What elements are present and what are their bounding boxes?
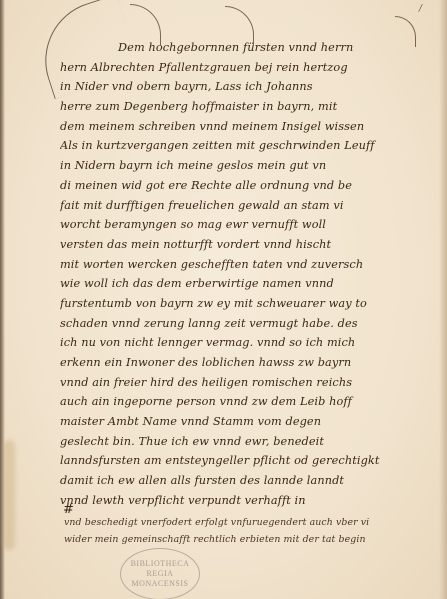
text-line: in Nider vnd obern bayrn, Lass ich Johan…	[60, 77, 420, 97]
folio-mark: /	[419, 4, 422, 14]
text-line: furstentumb von bayrn zw ey mit schweuar…	[60, 294, 420, 314]
text-line: geslecht bin. Thue ich ew vnnd ewr, bene…	[60, 432, 420, 452]
stamp-line: BIBLIOTHECA	[131, 559, 190, 569]
page-stain	[3, 440, 15, 550]
manuscript-page: / Dem hochgebornnen fürsten vnnd herrn h…	[0, 0, 447, 599]
stamp-line: REGIA	[147, 569, 174, 579]
text-line: herre zum Degenberg hoffmaister in bayrn…	[60, 97, 420, 117]
text-line: di meinen wid got ere Rechte alle ordnun…	[60, 176, 420, 196]
text-line: dem meinem schreiben vnnd meinem Insigel…	[60, 117, 420, 137]
addition-line: vnd beschedigt vnerfodert erfolgt vnfuru…	[64, 514, 444, 531]
text-line: ich nu von nicht lennger vermag. vnnd so…	[60, 333, 420, 353]
text-line: lanndsfursten am entsteyngeller pflicht …	[60, 451, 420, 471]
text-line: schaden vnnd zerung lanng zeit vermugt h…	[60, 314, 420, 334]
text-line: fait mit durfftigen freuelichen gewald a…	[60, 196, 420, 216]
text-line: erkenn ein Inwoner des loblichen hawss z…	[60, 353, 420, 373]
main-text-block: Dem hochgebornnen fürsten vnnd herrn her…	[60, 38, 420, 511]
library-stamp: BIBLIOTHECA REGIA MONACENSIS	[120, 548, 200, 599]
text-line: vnnd lewth verpflicht verpundt verhafft …	[60, 491, 420, 511]
text-line: damit ich ew allen alls fursten des lann…	[60, 471, 420, 491]
text-line: mit worten wercken geschefften taten vnd…	[60, 255, 420, 275]
text-line: hern Albrechten Pfallentzgrauen bej rein…	[60, 58, 420, 78]
text-line: versten das mein notturfft vordert vnnd …	[60, 235, 420, 255]
text-line: in Nidern bayrn ich meine geslos mein gu…	[60, 156, 420, 176]
marginal-addition: vnd beschedigt vnerfodert erfolgt vnfuru…	[64, 514, 444, 548]
text-line: Als in kurtzvergangen zeitten mit geschr…	[60, 136, 420, 156]
text-line: worcht beramyngen so mag ewr vernufft wo…	[60, 215, 420, 235]
text-line: auch ain ingeporne person vnnd zw dem Le…	[60, 392, 420, 412]
text-line: wie woll ich das dem erberwirtige namen …	[60, 274, 420, 294]
page-right-edge	[439, 0, 447, 599]
text-line: maister Ambt Name vnnd Stamm vom degen	[60, 412, 420, 432]
text-line: Dem hochgebornnen fürsten vnnd herrn	[60, 38, 420, 58]
stamp-line: MONACENSIS	[131, 579, 188, 589]
text-line: vnnd ain freier hird des heiligen romisc…	[60, 373, 420, 393]
addition-line: wider mein gemeinschafft rechtlich erbie…	[64, 531, 444, 548]
